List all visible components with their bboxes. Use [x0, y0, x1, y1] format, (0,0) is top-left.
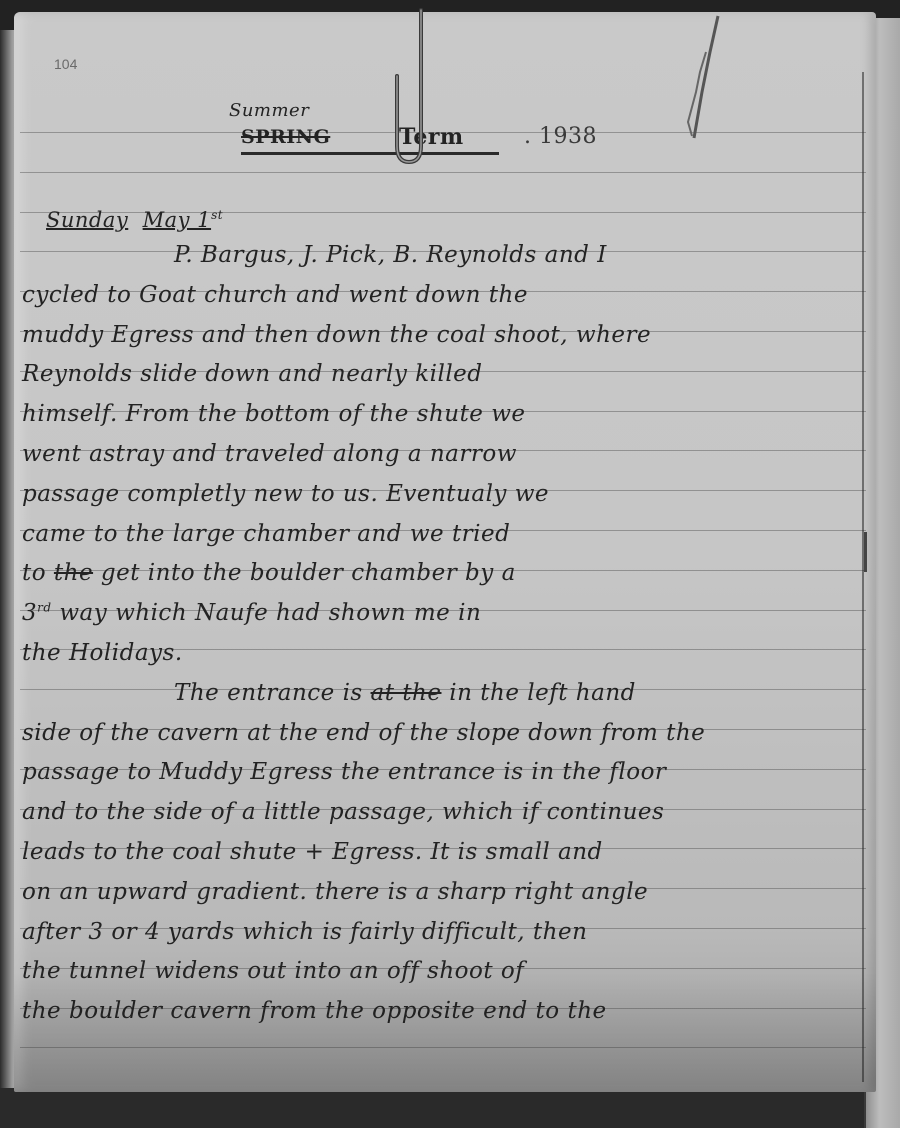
handwritten-line: leads to the coal shute + Egress. It is … [22, 839, 603, 865]
entry-date: May 1 [143, 208, 211, 232]
handwritten-line: P. Bargus, J. Pick, B. Reynolds and I [174, 242, 607, 268]
entry-date-heading: Sunday May 1st [46, 208, 223, 232]
handwritten-line: cycled to Goat church and went down the [22, 282, 528, 308]
handwritten-line: himself. From the bottom of the shute we [22, 401, 526, 427]
title-underline [241, 152, 499, 155]
handwritten-line: passage to Muddy Egress the entrance is … [22, 759, 666, 785]
paperclip-icon [385, 6, 431, 166]
page-shadow [14, 972, 876, 1092]
handwritten-line: Reynolds slide down and nearly killed [22, 361, 483, 387]
ruled-line [20, 172, 866, 173]
struck-text: at the [371, 680, 442, 706]
handwritten-line: on an upward gradient. there is a sharp … [22, 879, 648, 905]
handwritten-line: The entrance is at the in the left hand [174, 680, 636, 706]
handwritten-line: side of the cavern at the end of the slo… [22, 720, 705, 746]
handwritten-line: to the get into the boulder chamber by a [22, 560, 516, 586]
handwritten-line: and to the side of a little passage, whi… [22, 799, 664, 825]
handwritten-line: the Holidays. [22, 640, 183, 666]
struck-text: the [54, 560, 93, 586]
page-fold-edge [846, 72, 864, 1082]
handwritten-line: after 3 or 4 yards which is fairly diffi… [22, 919, 587, 945]
handwritten-line: passage completly new to us. Eventualy w… [22, 481, 549, 507]
title-struck-word: SPRING [241, 126, 330, 148]
handwritten-line: 3rd way which Naufe had shown me in [22, 600, 481, 626]
margin-mark [864, 532, 867, 572]
handwritten-line: came to the large chamber and we tried [22, 521, 510, 547]
handwritten-line: went astray and traveled along a narrow [22, 441, 517, 467]
page-tear-mark [666, 12, 726, 142]
notebook-page: 104 Summer SPRING Term . 1938 Sunday May… [14, 12, 876, 1092]
handwritten-line: muddy Egress and then down the coal shoo… [22, 322, 651, 348]
title-year: . 1938 [524, 124, 597, 149]
entry-date-suffix: st [211, 208, 223, 222]
entry-day: Sunday [46, 208, 128, 232]
title-correction: Summer [229, 100, 309, 121]
page-number: 104 [54, 56, 77, 72]
